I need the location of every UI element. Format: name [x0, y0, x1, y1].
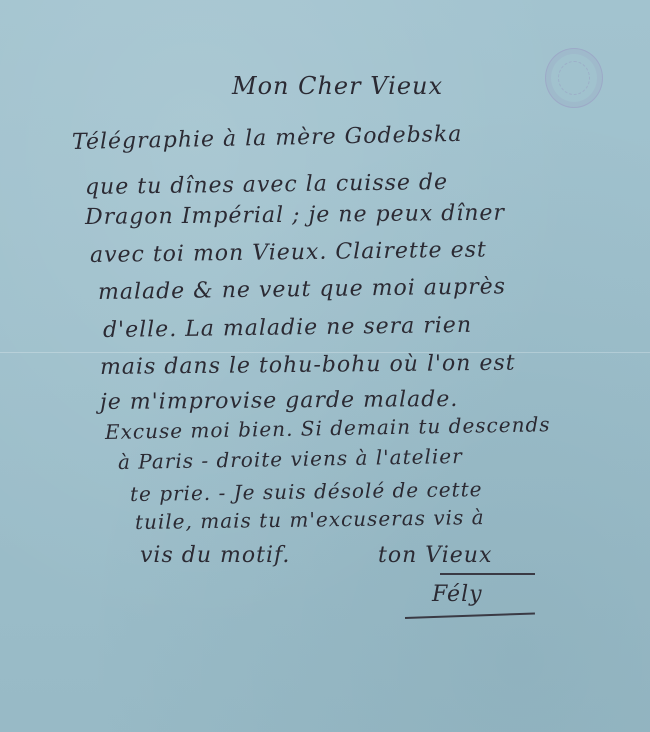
letter-line: avec toi mon Vieux. Clairette est [90, 237, 487, 268]
letter-greeting: Mon Cher Vieux [232, 72, 443, 100]
letter-paper: Mon Cher Vieux Télégraphie à la mère God… [0, 0, 650, 732]
closing-underline [440, 573, 535, 575]
letter-line: mais dans le tohu-bohu où l'on est [100, 351, 516, 380]
letter-line: vis du motif. [140, 543, 290, 568]
blind-stamp-icon [545, 48, 603, 108]
letter-line: je m'improvise garde malade. [100, 387, 459, 415]
letter-line: Dragon Impérial ; je ne peux dîner [85, 201, 505, 230]
letter-signature: Fély [432, 582, 483, 607]
letter-line: que tu dînes avec la cuisse de [85, 170, 448, 200]
letter-line: tuile, mais tu m'excuseras vis à [135, 505, 485, 534]
letter-line: Télégraphie à la mère Godebska [72, 122, 463, 155]
letter-line: Excuse moi bien. Si demain tu descends [105, 412, 551, 444]
faint-letterhead-imprint [225, 32, 365, 42]
letter-closing: ton Vieux [378, 543, 492, 568]
letter-line: te prie. - Je suis désolé de cette [130, 477, 483, 506]
letter-line: malade & ne veut que moi auprès [98, 274, 506, 305]
signature-flourish [405, 612, 535, 618]
letter-line: à Paris - droite viens à l'atelier [118, 444, 463, 474]
letter-line: d'elle. La maladie ne sera rien [103, 313, 472, 343]
